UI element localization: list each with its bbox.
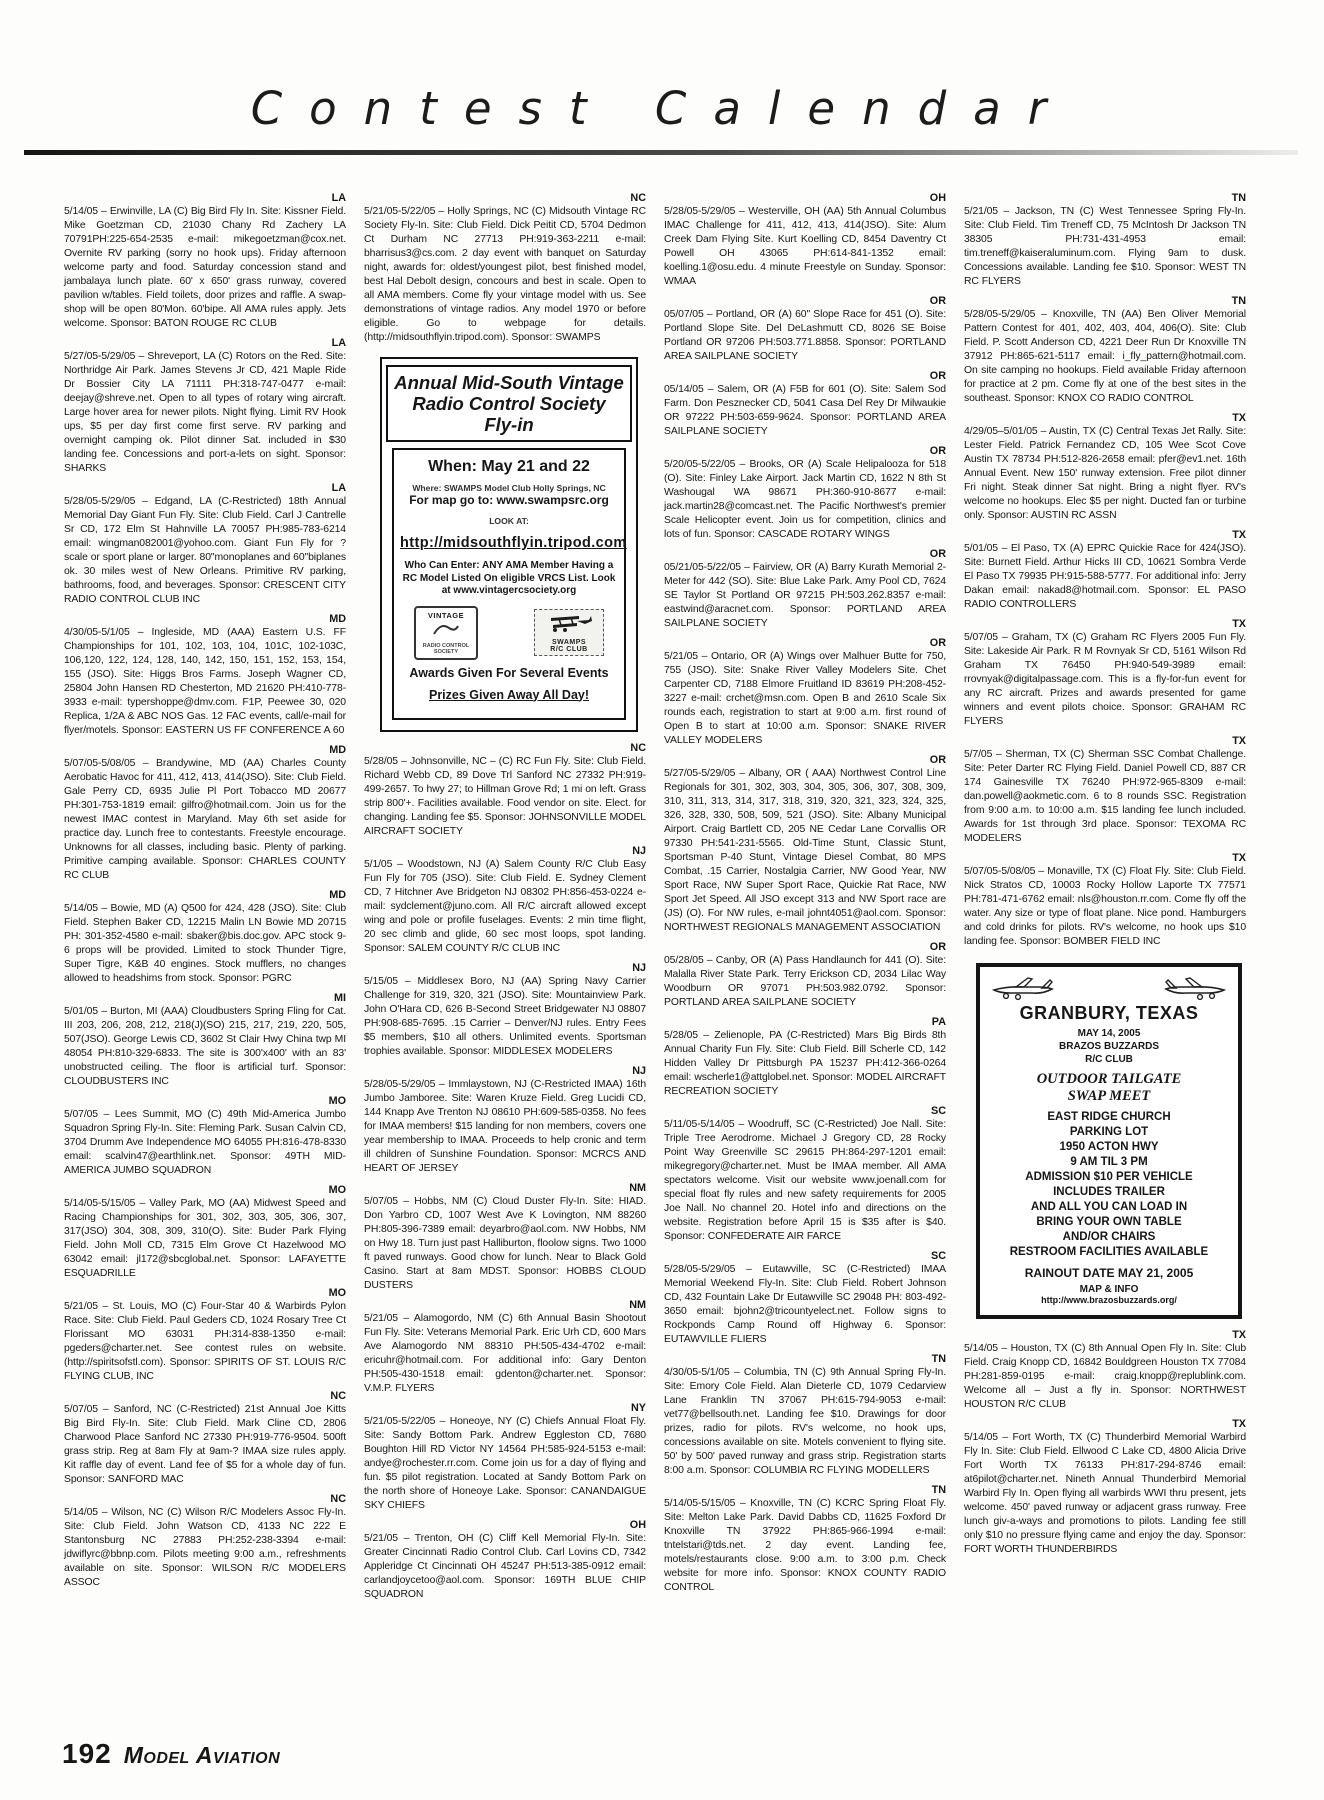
ad-title: Annual Mid-South Vintage Radio Control S… (386, 365, 632, 442)
entry-text: 5/21/05-5/22/05 – Honeoye, NY (C) Chiefs… (364, 1415, 646, 1513)
entry-text: 5/07/05 – Lees Summit, MO (C) 49th Mid-A… (64, 1108, 346, 1178)
calendar-entry: MD 5/07/05-5/08/05 – Brandywine, MD (AA)… (64, 744, 346, 883)
entry-text: 5/21/05 – St. Louis, MO (C) Four-Star 40… (64, 1300, 346, 1384)
calendar-entry: OR 05/21/05-5/22/05 – Fairview, OR (A) B… (664, 548, 946, 631)
calendar-entry: MO 5/21/05 – St. Louis, MO (C) Four-Star… (64, 1287, 346, 1384)
entry-text: 5/28/05 – Johnsonville, NC – (C) RC Fun … (364, 755, 646, 839)
ad-when-line: When: May 21 and 22 (400, 458, 618, 476)
entry-text: 4/29/05–5/01/05 – Austin, TX (C) Central… (964, 425, 1246, 523)
entry-state-label: OR (664, 941, 946, 954)
entry-state-label: LA (64, 337, 346, 350)
entry-text: 5/28/05-5/29/05 – Immlaystown, NJ (C-Res… (364, 1078, 646, 1176)
entry-text: 5/28/05-5/29/05 – Eutawville, SC (C-Rest… (664, 1263, 946, 1347)
entry-state-label: TN (664, 1353, 946, 1366)
ad-url: http://www.brazosbuzzards.org/ (986, 1295, 1232, 1305)
ad-awards-line: Awards Given For Several Events (400, 666, 618, 680)
calendar-entry: TX 5/14/05 – Houston, TX (C) 8th Annual … (964, 1329, 1246, 1412)
page-footer: 192 Model Aviation (62, 1738, 280, 1770)
ad-club-line: BRAZOS BUZZARDS (986, 1040, 1232, 1053)
entry-state-label: MO (64, 1184, 346, 1197)
calendar-entry: LA 5/27/05-5/29/05 – Shreveport, LA (C) … (64, 337, 346, 476)
ad-lookat-line: LOOK AT: (400, 516, 618, 526)
calendar-entry: TX 5/07/05-5/08/05 – Monaville, TX (C) F… (964, 852, 1246, 949)
ad-club-line2: R/C CLUB (986, 1053, 1232, 1066)
entry-state-label: MD (64, 889, 346, 902)
calendar-entry: MD 4/30/05-5/1/05 – Ingleside, MD (AAA) … (64, 613, 346, 738)
calendar-entry: NM 5/07/05 – Hobbs, NM (C) Cloud Duster … (364, 1182, 646, 1293)
vintage-airplane-left-icon (992, 975, 1054, 1001)
midsouth-flyin-ad: Annual Mid-South Vintage Radio Control S… (380, 357, 638, 732)
entry-text: 5/15/05 – Middlesex Boro, NJ (AA) Spring… (364, 975, 646, 1059)
entry-state-label: SC (664, 1105, 946, 1118)
calendar-entry: NM 5/21/05 – Alamogordo, NM (C) 6th Annu… (364, 1299, 646, 1396)
entry-text: 5/28/05 – Zelienople, PA (C-Restricted) … (664, 1029, 946, 1099)
calendar-entry: SC 5/11/05-5/14/05 – Woodruff, SC (C-Res… (664, 1105, 946, 1244)
ad-url: http://midsouthflyin.tripod.com (400, 535, 618, 551)
vintage-logo-subtext: RADIO CONTROL SOCIETY (417, 643, 475, 655)
entry-state-label: TN (964, 192, 1246, 205)
magazine-name: Model Aviation (124, 1742, 280, 1769)
calendar-entry: NC 5/14/05 – Wilson, NC (C) Wilson R/C M… (64, 1493, 346, 1590)
ad-city-line: GRANBURY, TEXAS (986, 1003, 1232, 1024)
entry-text: 5/7/05 – Sherman, TX (C) Sherman SSC Com… (964, 748, 1246, 846)
ad-location-line2: PARKING LOT (986, 1125, 1232, 1140)
entry-state-label: NM (364, 1182, 646, 1195)
ad-planes-row (992, 975, 1226, 1001)
page-title: Contest Calendar (0, 82, 1324, 135)
entry-text: 5/21/05 – Jackson, TN (C) West Tennessee… (964, 205, 1246, 289)
listings-columns: LA 5/14/05 – Erwinville, LA (C) Big Bird… (64, 192, 1246, 1602)
entry-list: OH 5/28/05-5/29/05 – Westerville, OH (AA… (664, 192, 946, 1595)
calendar-entry: NJ 5/1/05 – Woodstown, NJ (A) Salem Coun… (364, 845, 646, 956)
ad-event-line: OUTDOOR TAILGATE (986, 1071, 1232, 1088)
column-2: NC 5/21/05-5/22/05 – Holly Springs, NC (… (364, 192, 646, 1602)
ad-admission-line2: INCLUDES TRAILER (986, 1185, 1232, 1200)
entry-text: 5/21/05-5/22/05 – Holly Springs, NC (C) … (364, 205, 646, 345)
entry-state-label: TN (964, 295, 1246, 308)
calendar-entry: TN 5/28/05-5/29/05 – Knoxville, TN (AA) … (964, 295, 1246, 406)
entry-state-label: OR (664, 295, 946, 308)
entry-list: TN 5/21/05 – Jackson, TN (C) West Tennes… (964, 192, 1246, 949)
entry-list: LA 5/14/05 – Erwinville, LA (C) Big Bird… (64, 192, 346, 1590)
calendar-entry: OR 05/07/05 – Portland, OR (A) 60" Slope… (664, 295, 946, 364)
entry-state-label: NJ (364, 962, 646, 975)
ad-admission-line6: RESTROOM FACILITIES AVAILABLE (986, 1245, 1232, 1260)
entry-state-label: SC (664, 1250, 946, 1263)
ad-admission-line3: AND ALL YOU CAN LOAD IN (986, 1200, 1232, 1215)
entry-state-label: OR (664, 754, 946, 767)
entry-text: 5/07/05 – Sanford, NC (C-Restricted) 21s… (64, 1403, 346, 1487)
calendar-entry: TX 5/14/05 – Fort Worth, TX (C) Thunderb… (964, 1418, 1246, 1557)
calendar-entry: NC 5/21/05-5/22/05 – Holly Springs, NC (… (364, 192, 646, 345)
calendar-entry: TX 5/7/05 – Sherman, TX (C) Sherman SSC … (964, 735, 1246, 846)
ad-who-can-enter: Who Can Enter: ANY AMA Member Having a R… (402, 560, 616, 598)
entry-text: 5/14/05 – Fort Worth, TX (C) Thunderbird… (964, 1431, 1246, 1557)
entry-text: 5/07/05-5/08/05 – Monaville, TX (C) Floa… (964, 865, 1246, 949)
entry-state-label: MI (64, 992, 346, 1005)
swamps-logo-subtext: R/C CLUB (536, 646, 602, 653)
column-4: TN 5/21/05 – Jackson, TN (C) West Tennes… (964, 192, 1246, 1557)
entry-text: 5/28/05-5/29/05 – Edgand, LA (C-Restrict… (64, 495, 346, 607)
entry-text: 5/21/05 – Ontario, OR (A) Wings over Mal… (664, 650, 946, 748)
biplane-icon (545, 612, 593, 634)
entry-state-label: MO (64, 1095, 346, 1108)
entry-state-label: TX (964, 529, 1246, 542)
entry-state-label: TX (964, 1329, 1246, 1342)
calendar-entry: TX 4/29/05–5/01/05 – Austin, TX (C) Cent… (964, 412, 1246, 523)
calendar-entry: TN 4/30/05-5/1/05 – Columbia, TN (C) 9th… (664, 1353, 946, 1478)
entry-list: TX 5/14/05 – Houston, TX (C) 8th Annual … (964, 1329, 1246, 1557)
vintage-swirl-icon (431, 620, 461, 638)
ad-location-line: EAST RIDGE CHURCH (986, 1110, 1232, 1125)
magazine-page: Contest Calendar LA 5/14/05 – Erwinville… (0, 0, 1324, 1800)
calendar-entry: NJ 5/15/05 – Middlesex Boro, NJ (AA) Spr… (364, 962, 646, 1059)
column-1: LA 5/14/05 – Erwinville, LA (C) Big Bird… (64, 192, 346, 1590)
ad-location-line3: 1950 ACTON HWY (986, 1140, 1232, 1155)
ad-body: When: May 21 and 22 Where: SWAMPS Model … (392, 448, 626, 720)
ad-map-info-line: MAP & INFO (986, 1284, 1232, 1295)
entry-text: 5/21/05 – Alamogordo, NM (C) 6th Annual … (364, 1312, 646, 1396)
entry-text: 5/27/05-5/29/05 – Albany, OR ( AAA) Nort… (664, 767, 946, 935)
entry-state-label: TX (964, 412, 1246, 425)
calendar-entry: MO 5/14/05-5/15/05 – Valley Park, MO (AA… (64, 1184, 346, 1281)
entry-state-label: NY (364, 1402, 646, 1415)
entry-text: 5/27/05-5/29/05 – Shreveport, LA (C) Rot… (64, 350, 346, 476)
calendar-entry: NY 5/21/05-5/22/05 – Honeoye, NY (C) Chi… (364, 1402, 646, 1513)
entry-state-label: LA (64, 192, 346, 205)
ad-admission-line4: BRING YOUR OWN TABLE (986, 1215, 1232, 1230)
calendar-entry: OR 5/21/05 – Ontario, OR (A) Wings over … (664, 637, 946, 748)
calendar-entry: SC 5/28/05-5/29/05 – Eutawville, SC (C-R… (664, 1250, 946, 1347)
calendar-entry: OH 5/28/05-5/29/05 – Westerville, OH (AA… (664, 192, 946, 289)
entry-state-label: NC (364, 192, 646, 205)
ad-where-line: Where: SWAMPS Model Club Holly Springs, … (400, 483, 618, 493)
entry-state-label: MD (64, 744, 346, 757)
entry-text: 05/28/05 – Canby, OR (A) Pass Handlaunch… (664, 954, 946, 1010)
ad-admission-line: ADMISSION $10 PER VEHICLE (986, 1170, 1232, 1185)
calendar-entry: MI 5/01/05 – Burton, MI (AAA) Cloudbuste… (64, 992, 346, 1089)
entry-text: 4/30/05-5/1/05 – Ingleside, MD (AAA) Eas… (64, 626, 346, 738)
entry-state-label: OR (664, 548, 946, 561)
swamps-rc-club-logo: SWAMPS R/C CLUB (534, 609, 604, 656)
entry-text: 5/01/05 – Burton, MI (AAA) Cloudbusters … (64, 1005, 346, 1089)
entry-list: NC 5/28/05 – Johnsonville, NC – (C) RC F… (364, 742, 646, 1602)
entry-state-label: NJ (364, 1065, 646, 1078)
header-rule (24, 150, 1298, 155)
calendar-entry: MO 5/07/05 – Lees Summit, MO (C) 49th Mi… (64, 1095, 346, 1178)
calendar-entry: LA 5/28/05-5/29/05 – Edgand, LA (C-Restr… (64, 482, 346, 607)
entry-text: 05/07/05 – Portland, OR (A) 60" Slope Ra… (664, 308, 946, 364)
calendar-entry: OR 05/14/05 – Salem, OR (A) F5B for 601 … (664, 370, 946, 439)
entry-text: 5/07/05-5/08/05 – Brandywine, MD (AA) Ch… (64, 757, 346, 883)
entry-text: 5/21/05 – Trenton, OH (C) Cliff Kell Mem… (364, 1532, 646, 1602)
entry-state-label: TX (964, 852, 1246, 865)
entry-text: 05/21/05-5/22/05 – Fairview, OR (A) Barr… (664, 561, 946, 631)
entry-text: 4/30/05-5/1/05 – Columbia, TN (C) 9th An… (664, 1366, 946, 1478)
entry-text: 5/1/05 – Woodstown, NJ (A) Salem County … (364, 858, 646, 956)
entry-text: 5/14/05 – Erwinville, LA (C) Big Bird Fl… (64, 205, 346, 331)
vintage-rc-society-logo: VINTAGE RADIO CONTROL SOCIETY (414, 606, 478, 660)
ad-map-line: For map go to: www.swampsrc.org (400, 493, 618, 507)
entry-state-label: NC (364, 742, 646, 755)
entry-state-label: OR (664, 637, 946, 650)
entry-text: 5/20/05-5/22/05 – Brooks, OR (A) Scale H… (664, 458, 946, 542)
ad-time-line: 9 AM TIL 3 PM (986, 1155, 1232, 1170)
entry-state-label: OR (664, 445, 946, 458)
entry-state-label: NC (64, 1390, 346, 1403)
entry-state-label: TN (664, 1484, 946, 1497)
calendar-entry: OR 5/20/05-5/22/05 – Brooks, OR (A) Scal… (664, 445, 946, 542)
entry-state-label: OH (664, 192, 946, 205)
calendar-entry: NJ 5/28/05-5/29/05 – Immlaystown, NJ (C-… (364, 1065, 646, 1176)
entry-text: 5/07/05 – Graham, TX (C) Graham RC Flyer… (964, 631, 1246, 729)
calendar-entry: NC 5/28/05 – Johnsonville, NC – (C) RC F… (364, 742, 646, 839)
page-number: 192 (62, 1738, 112, 1770)
entry-state-label: TX (964, 618, 1246, 631)
entry-text: 5/14/05-5/15/05 – Valley Park, MO (AA) M… (64, 1197, 346, 1281)
entry-text: 5/01/05 – El Paso, TX (A) EPRC Quickie R… (964, 542, 1246, 612)
entry-list: NC 5/21/05-5/22/05 – Holly Springs, NC (… (364, 192, 646, 345)
calendar-entry: TN 5/21/05 – Jackson, TN (C) West Tennes… (964, 192, 1246, 289)
entry-text: 5/07/05 – Hobbs, NM (C) Cloud Duster Fly… (364, 1195, 646, 1293)
calendar-entry: NC 5/07/05 – Sanford, NC (C-Restricted) … (64, 1390, 346, 1487)
entry-state-label: MD (64, 613, 346, 626)
entry-state-label: OR (664, 370, 946, 383)
calendar-entry: OH 5/21/05 – Trenton, OH (C) Cliff Kell … (364, 1519, 646, 1602)
entry-state-label: TX (964, 1418, 1246, 1431)
ad-logos-row: VINTAGE RADIO CONTROL SOCIETY (414, 606, 604, 660)
calendar-entry: OR 05/28/05 – Canby, OR (A) Pass Handlau… (664, 941, 946, 1010)
entry-state-label: PA (664, 1016, 946, 1029)
entry-text: 5/11/05-5/14/05 – Woodruff, SC (C-Restri… (664, 1118, 946, 1244)
granbury-swap-meet-ad: GRANBURY, TEXAS MAY 14, 2005 BRAZOS BUZZ… (976, 963, 1242, 1319)
entry-text: 5/14/05 – Bowie, MD (A) Q500 for 424, 42… (64, 902, 346, 986)
entry-state-label: LA (64, 482, 346, 495)
vintage-airplane-right-icon (1164, 975, 1226, 1001)
swamps-logo-text: SWAMPS (536, 639, 602, 646)
ad-rainout-line: RAINOUT DATE MAY 21, 2005 (986, 1266, 1232, 1280)
entry-state-label: OH (364, 1519, 646, 1532)
entry-text: 5/14/05-5/15/05 – Knoxville, TN (C) KCRC… (664, 1497, 946, 1595)
entry-text: 5/28/05-5/29/05 – Knoxville, TN (AA) Ben… (964, 308, 1246, 406)
vintage-logo-text: VINTAGE (417, 611, 475, 620)
ad-date-line: MAY 14, 2005 (986, 1027, 1232, 1040)
entry-state-label: TX (964, 735, 1246, 748)
entry-text: 5/28/05-5/29/05 – Westerville, OH (AA) 5… (664, 205, 946, 289)
calendar-entry: TX 5/07/05 – Graham, TX (C) Graham RC Fl… (964, 618, 1246, 729)
ad-prizes-line: Prizes Given Away All Day! (400, 688, 618, 702)
ad-admission-line5: AND/OR CHAIRS (986, 1230, 1232, 1245)
calendar-entry: TX 5/01/05 – El Paso, TX (A) EPRC Quicki… (964, 529, 1246, 612)
calendar-entry: MD 5/14/05 – Bowie, MD (A) Q500 for 424,… (64, 889, 346, 986)
entry-state-label: NM (364, 1299, 646, 1312)
entry-text: 5/14/05 – Houston, TX (C) 8th Annual Ope… (964, 1342, 1246, 1412)
entry-state-label: NC (64, 1493, 346, 1506)
column-3: OH 5/28/05-5/29/05 – Westerville, OH (AA… (664, 192, 946, 1595)
calendar-entry: TN 5/14/05-5/15/05 – Knoxville, TN (C) K… (664, 1484, 946, 1595)
entry-state-label: MO (64, 1287, 346, 1300)
ad-event-line2: SWAP MEET (986, 1088, 1232, 1105)
calendar-entry: LA 5/14/05 – Erwinville, LA (C) Big Bird… (64, 192, 346, 331)
entry-text: 05/14/05 – Salem, OR (A) F5B for 601 (O)… (664, 383, 946, 439)
entry-text: 5/14/05 – Wilson, NC (C) Wilson R/C Mode… (64, 1506, 346, 1590)
entry-state-label: NJ (364, 845, 646, 858)
calendar-entry: PA 5/28/05 – Zelienople, PA (C-Restricte… (664, 1016, 946, 1099)
calendar-entry: OR 5/27/05-5/29/05 – Albany, OR ( AAA) N… (664, 754, 946, 935)
